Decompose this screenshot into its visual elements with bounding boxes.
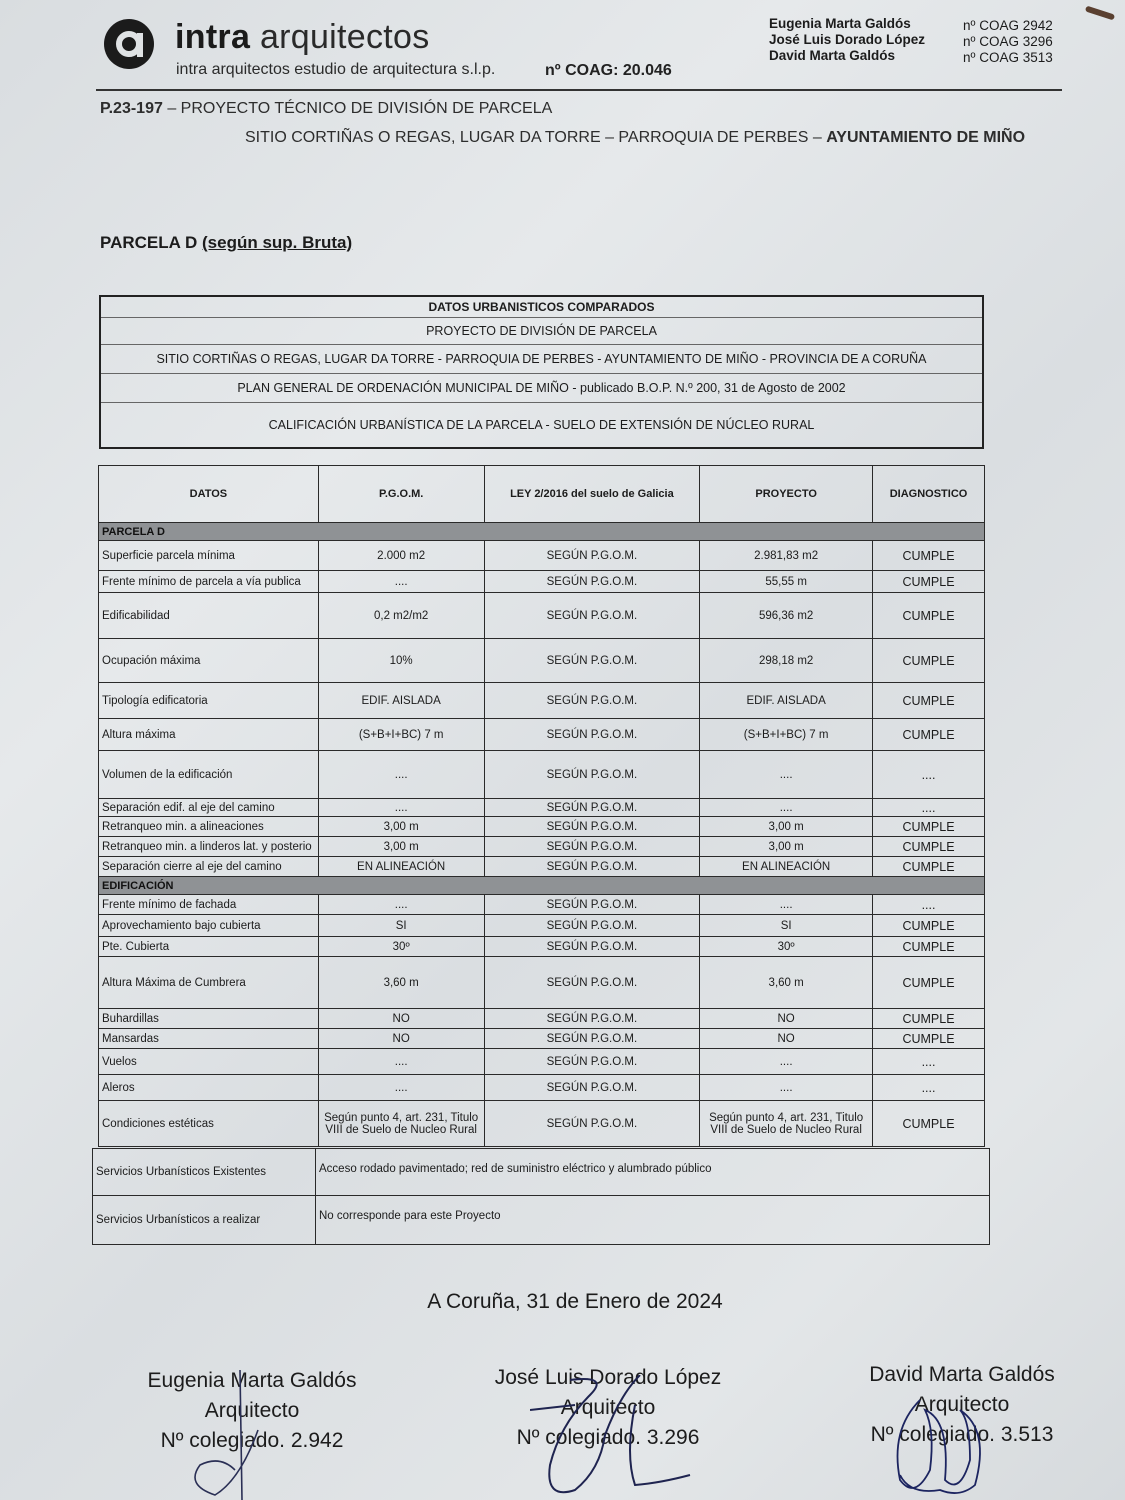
cell-pgom: 10% xyxy=(318,639,484,683)
table-row: Aprovechamiento bajo cubiertaSISEGÚN P.G… xyxy=(99,915,985,937)
staple-mark xyxy=(1085,6,1115,21)
cell-dato: Vuelos xyxy=(99,1049,319,1075)
info-line: SITIO CORTIÑAS O REGAS, LUGAR DA TORRE -… xyxy=(101,345,982,374)
table-header-row: DATOSP.G.O.M.LEY 2/2016 del suelo de Gal… xyxy=(99,466,985,523)
brand-name: intra arquitectos xyxy=(175,18,430,57)
signature-block: David Marta Galdós Arquitecto Nº colegia… xyxy=(846,1360,1078,1450)
table-row: Frente mínimo de parcela a vía publica..… xyxy=(99,571,985,593)
cell-dato: Pte. Cubierta xyxy=(99,937,319,957)
cell-pgom: .... xyxy=(318,751,484,799)
cell-diag: CUMPLE xyxy=(873,857,985,877)
cell-ley: SEGÚN P.G.O.M. xyxy=(484,1049,700,1075)
cell-ley: SEGÚN P.G.O.M. xyxy=(484,799,700,817)
cell-diag: CUMPLE xyxy=(873,957,985,1009)
cell-proyecto: 3,00 m xyxy=(700,817,873,837)
signature-block: Eugenia Marta Galdós Arquitecto Nº coleg… xyxy=(117,1366,387,1456)
cell-proyecto: (S+B+I+BC) 7 m xyxy=(700,719,873,751)
cell-dato: Frente mínimo de fachada xyxy=(99,895,319,915)
table-row: Ocupación máxima10%SEGÚN P.G.O.M.298,18 … xyxy=(99,639,985,683)
cell-dato: Buhardillas xyxy=(99,1009,319,1029)
cell-dato: Altura Máxima de Cumbrera xyxy=(99,957,319,1009)
cell-diag: CUMPLE xyxy=(873,1029,985,1049)
column-header: LEY 2/2016 del suelo de Galicia xyxy=(484,466,700,523)
cell-diag: .... xyxy=(873,751,985,799)
cell-proyecto: 3,60 m xyxy=(700,957,873,1009)
cell-dato: Retranqueo min. a linderos lat. y poster… xyxy=(99,837,319,857)
cell-pgom: 2.000 m2 xyxy=(318,541,484,571)
info-table-title: DATOS URBANISTICOS COMPARADOS xyxy=(101,297,982,318)
cell-proyecto: EN ALINEACIÓN xyxy=(700,857,873,877)
cell-ley: SEGÚN P.G.O.M. xyxy=(484,683,700,719)
services-value: Acceso rodado pavimentado; red de sumini… xyxy=(316,1149,990,1196)
info-line: CALIFICACIÓN URBANÍSTICA DE LA PARCELA -… xyxy=(101,403,982,447)
cell-ley: SEGÚN P.G.O.M. xyxy=(484,1009,700,1029)
cell-pgom: .... xyxy=(318,1075,484,1101)
cell-diag: .... xyxy=(873,1049,985,1075)
cell-proyecto: .... xyxy=(700,895,873,915)
cell-dato: Altura máxima xyxy=(99,719,319,751)
cell-diag: CUMPLE xyxy=(873,571,985,593)
cell-dato: Frente mínimo de parcela a vía publica xyxy=(99,571,319,593)
cell-ley: SEGÚN P.G.O.M. xyxy=(484,837,700,857)
cell-diag: CUMPLE xyxy=(873,1009,985,1029)
cell-ley: SEGÚN P.G.O.M. xyxy=(484,895,700,915)
table-row: Pte. Cubierta30ºSEGÚN P.G.O.M.30ºCUMPLE xyxy=(99,937,985,957)
section-header-row: EDIFICACIÓN xyxy=(99,877,985,895)
signature-block: José Luis Dorado López Arquitecto Nº col… xyxy=(470,1363,746,1453)
cell-diag: CUMPLE xyxy=(873,915,985,937)
table-row: Separación edif. al eje del camino....SE… xyxy=(99,799,985,817)
cell-proyecto: .... xyxy=(700,751,873,799)
services-label: Servicios Urbanísticos Existentes xyxy=(93,1149,316,1196)
cell-pgom: 30º xyxy=(318,937,484,957)
cell-pgom: 3,60 m xyxy=(318,957,484,1009)
table-row: Retranqueo min. a alineaciones3,00 mSEGÚ… xyxy=(99,817,985,837)
cell-diag: CUMPLE xyxy=(873,541,985,571)
logo-icon xyxy=(104,19,154,69)
header-divider xyxy=(96,89,1062,91)
cell-pgom: EDIF. AISLADA xyxy=(318,683,484,719)
signer-role: Arquitecto xyxy=(117,1396,387,1426)
cell-diag: .... xyxy=(873,1075,985,1101)
cell-dato: Retranqueo min. a alineaciones xyxy=(99,817,319,837)
cell-diag: CUMPLE xyxy=(873,639,985,683)
cell-proyecto: 30º xyxy=(700,937,873,957)
cell-dato: Aleros xyxy=(99,1075,319,1101)
services-row: Servicios Urbanísticos Existentes Acceso… xyxy=(93,1149,990,1196)
cell-proyecto: 298,18 m2 xyxy=(700,639,873,683)
signer-role: Arquitecto xyxy=(470,1393,746,1423)
signer-number: Nº colegiado. 3.513 xyxy=(846,1420,1078,1450)
cell-proyecto: Según punto 4, art. 231, Titulo VIII de … xyxy=(700,1101,873,1147)
cell-diag: CUMPLE xyxy=(873,719,985,751)
cell-dato: Volumen de la edificación xyxy=(99,751,319,799)
cell-pgom: SI xyxy=(318,915,484,937)
table-row: Aleros....SEGÚN P.G.O.M......... xyxy=(99,1075,985,1101)
cell-ley: SEGÚN P.G.O.M. xyxy=(484,1075,700,1101)
firm-coag-number: nº COAG: 20.046 xyxy=(545,62,672,80)
cell-diag: .... xyxy=(873,895,985,915)
cell-ley: SEGÚN P.G.O.M. xyxy=(484,593,700,639)
cell-dato: Superficie parcela mínima xyxy=(99,541,319,571)
cell-diag: CUMPLE xyxy=(873,837,985,857)
cell-diag: CUMPLE xyxy=(873,817,985,837)
cell-pgom: NO xyxy=(318,1029,484,1049)
parcela-heading: PARCELA D (según sup. Bruta) xyxy=(100,233,352,253)
signer-role: Arquitecto xyxy=(846,1390,1078,1420)
table-row: Vuelos....SEGÚN P.G.O.M......... xyxy=(99,1049,985,1075)
cell-ley: SEGÚN P.G.O.M. xyxy=(484,1101,700,1147)
info-table: DATOS URBANISTICOS COMPARADOS PROYECTO D… xyxy=(99,295,984,449)
cell-pgom: 3,00 m xyxy=(318,837,484,857)
cell-dato: Edificabilidad xyxy=(99,593,319,639)
column-header: PROYECTO xyxy=(700,466,873,523)
table-row: Tipología edificatoriaEDIF. AISLADASEGÚN… xyxy=(99,683,985,719)
cell-proyecto: SI xyxy=(700,915,873,937)
cell-diag: CUMPLE xyxy=(873,683,985,719)
cell-dato: Separación cierre al eje del camino xyxy=(99,857,319,877)
info-line: PLAN GENERAL DE ORDENACIÓN MUNICIPAL DE … xyxy=(101,374,982,403)
partner-coag-numbers: nº COAG 2942 nº COAG 3296 nº COAG 3513 xyxy=(963,18,1053,66)
services-value: No corresponde para este Proyecto xyxy=(316,1196,990,1245)
cell-diag: CUMPLE xyxy=(873,593,985,639)
services-row: Servicios Urbanísticos a realizar No cor… xyxy=(93,1196,990,1245)
cell-proyecto: NO xyxy=(700,1009,873,1029)
cell-proyecto: 2.981,83 m2 xyxy=(700,541,873,571)
cell-proyecto: .... xyxy=(700,1049,873,1075)
cell-ley: SEGÚN P.G.O.M. xyxy=(484,541,700,571)
table-row: Edificabilidad0,2 m2/m2SEGÚN P.G.O.M.596… xyxy=(99,593,985,639)
signer-name: José Luis Dorado López xyxy=(470,1363,746,1393)
column-header: P.G.O.M. xyxy=(318,466,484,523)
cell-ley: SEGÚN P.G.O.M. xyxy=(484,1029,700,1049)
table-row: Altura Máxima de Cumbrera3,60 mSEGÚN P.G… xyxy=(99,957,985,1009)
cell-proyecto: 55,55 m xyxy=(700,571,873,593)
cell-ley: SEGÚN P.G.O.M. xyxy=(484,915,700,937)
cell-ley: SEGÚN P.G.O.M. xyxy=(484,937,700,957)
cell-pgom: 0,2 m2/m2 xyxy=(318,593,484,639)
cell-pgom: 3,00 m xyxy=(318,817,484,837)
cell-pgom: EN ALINEACIÓN xyxy=(318,857,484,877)
services-table: Servicios Urbanísticos Existentes Acceso… xyxy=(92,1148,990,1245)
table-row: Separación cierre al eje del caminoEN AL… xyxy=(99,857,985,877)
table-row: MansardasNOSEGÚN P.G.O.M.NOCUMPLE xyxy=(99,1029,985,1049)
date-line: A Coruña, 31 de Enero de 2024 xyxy=(0,1290,1125,1314)
partner-names: Eugenia Marta Galdós José Luis Dorado Ló… xyxy=(769,16,925,64)
cell-proyecto: NO xyxy=(700,1029,873,1049)
cell-proyecto: .... xyxy=(700,799,873,817)
cell-diag: .... xyxy=(873,799,985,817)
cell-proyecto: 3,00 m xyxy=(700,837,873,857)
cell-ley: SEGÚN P.G.O.M. xyxy=(484,857,700,877)
cell-dato: Mansardas xyxy=(99,1029,319,1049)
cell-pgom: NO xyxy=(318,1009,484,1029)
project-location: SITIO CORTIÑAS O REGAS, LUGAR DA TORRE –… xyxy=(245,129,1025,147)
cell-pgom: .... xyxy=(318,1049,484,1075)
comparison-table: DATOSP.G.O.M.LEY 2/2016 del suelo de Gal… xyxy=(98,465,985,1147)
cell-proyecto: EDIF. AISLADA xyxy=(700,683,873,719)
signer-name: David Marta Galdós xyxy=(846,1360,1078,1390)
signer-name: Eugenia Marta Galdós xyxy=(117,1366,387,1396)
table-row: Superficie parcela mínima2.000 m2SEGÚN P… xyxy=(99,541,985,571)
section-title: EDIFICACIÓN xyxy=(99,877,985,895)
cell-proyecto: .... xyxy=(700,1075,873,1101)
services-label: Servicios Urbanísticos a realizar xyxy=(93,1196,316,1245)
column-header: DATOS xyxy=(99,466,319,523)
cell-pgom: .... xyxy=(318,799,484,817)
table-row: Condiciones estéticasSegún punto 4, art.… xyxy=(99,1101,985,1147)
cell-ley: SEGÚN P.G.O.M. xyxy=(484,957,700,1009)
cell-diag: CUMPLE xyxy=(873,1101,985,1147)
table-row: Frente mínimo de fachada....SEGÚN P.G.O.… xyxy=(99,895,985,915)
cell-pgom: Según punto 4, art. 231, Titulo VIII de … xyxy=(318,1101,484,1147)
table-row: Altura máxima(S+B+I+BC) 7 mSEGÚN P.G.O.M… xyxy=(99,719,985,751)
cell-ley: SEGÚN P.G.O.M. xyxy=(484,719,700,751)
brand-subtitle: intra arquitectos estudio de arquitectur… xyxy=(176,61,495,79)
cell-ley: SEGÚN P.G.O.M. xyxy=(484,571,700,593)
cell-ley: SEGÚN P.G.O.M. xyxy=(484,817,700,837)
cell-dato: Tipología edificatoria xyxy=(99,683,319,719)
cell-pgom: .... xyxy=(318,895,484,915)
cell-pgom: .... xyxy=(318,571,484,593)
section-title: PARCELA D xyxy=(99,523,985,541)
cell-proyecto: 596,36 m2 xyxy=(700,593,873,639)
cell-dato: Separación edif. al eje del camino xyxy=(99,799,319,817)
cell-ley: SEGÚN P.G.O.M. xyxy=(484,639,700,683)
cell-dato: Condiciones estéticas xyxy=(99,1101,319,1147)
table-row: BuhardillasNOSEGÚN P.G.O.M.NOCUMPLE xyxy=(99,1009,985,1029)
table-row: Volumen de la edificación....SEGÚN P.G.O… xyxy=(99,751,985,799)
project-title: P.23-197 – PROYECTO TÉCNICO DE DIVISIÓN … xyxy=(100,100,552,118)
cell-dato: Ocupación máxima xyxy=(99,639,319,683)
cell-pgom: (S+B+I+BC) 7 m xyxy=(318,719,484,751)
signer-number: Nº colegiado. 2.942 xyxy=(117,1426,387,1456)
cell-dato: Aprovechamiento bajo cubierta xyxy=(99,915,319,937)
cell-diag: CUMPLE xyxy=(873,937,985,957)
info-line: PROYECTO DE DIVISIÓN DE PARCELA xyxy=(101,318,982,345)
column-header: DIAGNOSTICO xyxy=(873,466,985,523)
cell-ley: SEGÚN P.G.O.M. xyxy=(484,751,700,799)
table-row: Retranqueo min. a linderos lat. y poster… xyxy=(99,837,985,857)
signer-number: Nº colegiado. 3.296 xyxy=(470,1423,746,1453)
section-header-row: PARCELA D xyxy=(99,523,985,541)
